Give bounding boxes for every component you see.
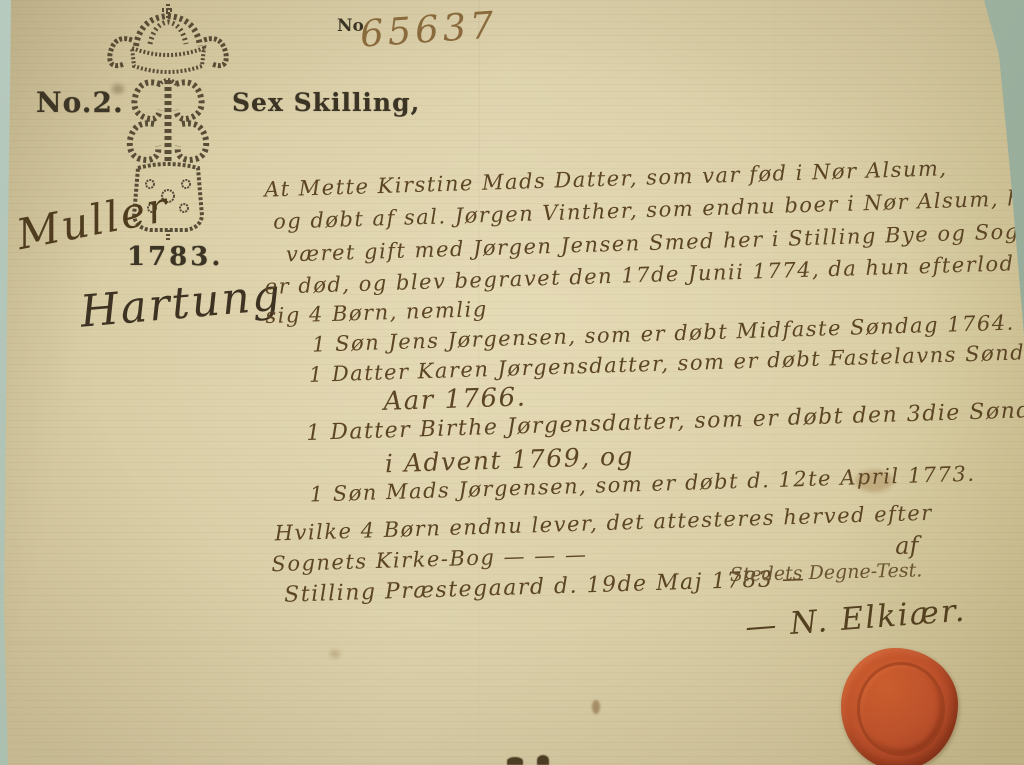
handwritten-line: Sognets Kirke-Bog — — — [271,542,588,576]
ink-stain [592,700,600,714]
handwritten-serial-number: 65637 [359,3,499,56]
printed-year: 1783. [127,242,223,272]
cut-off-handwriting [497,751,567,765]
wax-seal-relief [857,662,945,756]
handwritten-word-af: af [895,531,919,560]
paper-sheet: No.2. Sex Skilling, No 65637 1783. [0,0,1024,765]
handwritten-line: Aar 1766. [383,382,527,416]
official-signature-hartung: Hartung [78,269,284,337]
handwritten-line: sig 4 Børn, nemlig [265,297,488,328]
printed-duty-label: Sex Skilling, [232,88,420,117]
red-wax-seal [841,648,958,765]
handwritten-body: At Mette Kirstine Mads Datter, som var f… [262,149,1024,687]
handwritten-line: Hvilke 4 Børn endnu lever, det attestere… [274,501,933,546]
closing-signature-elkiaer: — N. Elkiær. [744,592,967,645]
attest-line: Stedets Degne-Test. [730,559,923,586]
photograph-of-document: No.2. Sex Skilling, No 65637 1783. [0,0,1024,765]
